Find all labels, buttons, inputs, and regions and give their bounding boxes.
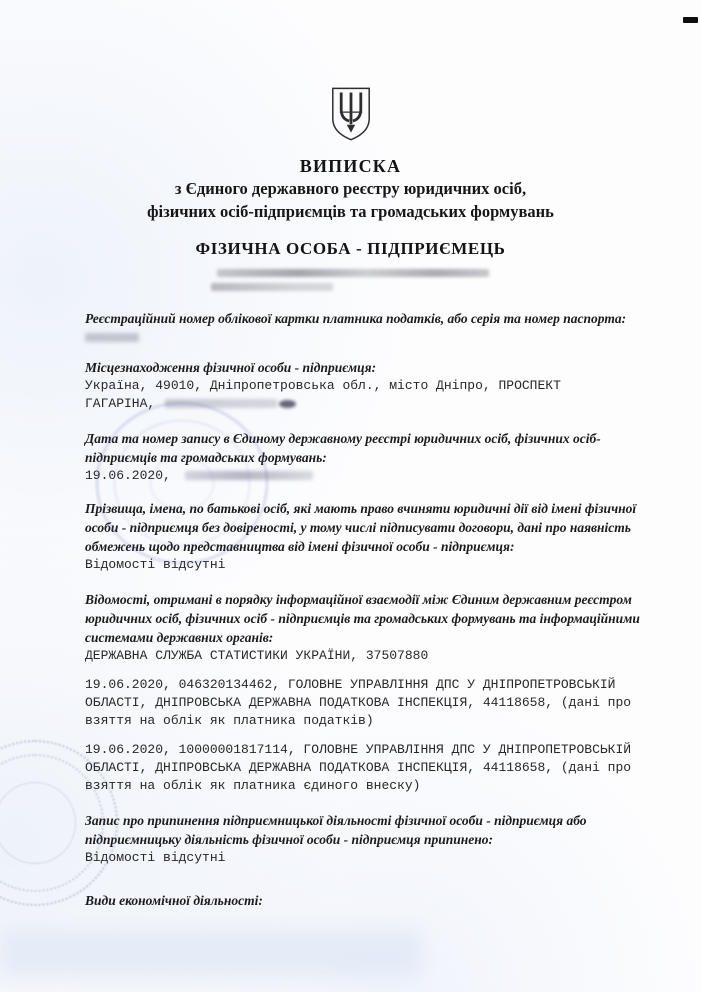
section-label: Прізвища, імена, по батькові осіб, які м… — [85, 499, 653, 556]
section-label: Відомості, отримані в порядку інформацій… — [85, 590, 653, 647]
address-line-2: ГАГАРІНА, — [85, 395, 653, 413]
record-date: 19.06.2020, — [85, 468, 171, 483]
info-exchange-section: Відомості, отримані в порядку інформацій… — [85, 590, 653, 795]
section-label: Реєстраційний номер облікової картки пла… — [85, 309, 653, 328]
scanner-artifact-mark — [683, 17, 698, 23]
record-value-line: 19.06.2020, — [85, 467, 653, 485]
termination-section: Запис про припинення підприємницької дія… — [85, 811, 653, 867]
address-line-1: Україна, 49010, Дніпропетровська обл., м… — [85, 377, 653, 395]
section-label: Дата та номер запису в Єдиному державном… — [85, 429, 653, 467]
subtitle-line-1: з Єдиного державного реєстру юридичних о… — [0, 177, 701, 200]
section-label: Види економічної діяльності: — [85, 891, 653, 910]
document-body: Реєстраційний номер облікової картки пла… — [0, 309, 701, 910]
record-entry-section: Дата та номер запису в Єдиному державном… — [85, 429, 653, 485]
scan-shadow-tint — [0, 930, 421, 976]
single-contribution-paragraph: 19.06.2020, 10000001817114, ГОЛОВНЕ УПРА… — [85, 741, 653, 795]
document-header: ВИПИСКА з Єдиного державного реєстру юри… — [0, 0, 701, 295]
scanned-document-page: ВИПИСКА з Єдиного державного реєстру юри… — [0, 0, 701, 992]
page-title: ВИПИСКА — [0, 155, 701, 177]
redacted-house-number — [165, 399, 277, 408]
redacted-entrepreneur-name — [211, 269, 491, 295]
redaction-blur-line — [211, 283, 333, 291]
economic-activities-section: Види економічної діяльності: — [85, 891, 653, 910]
statistics-service-value: ДЕРЖАВНА СЛУЖБА СТАТИСТИКИ УКРАЇНИ, 3750… — [85, 647, 653, 665]
section-value: Відомості відсутні — [85, 556, 653, 574]
doc-type-heading: ФІЗИЧНА ОСОБА - ПІДПРИЄМЕЦЬ — [0, 238, 701, 260]
address-street: ГАГАРІНА, — [85, 396, 155, 411]
address-section: Місцезнаходження фізичної особи - підпри… — [85, 358, 653, 413]
subtitle-line-2: фізичних осіб-підприємців та громадських… — [0, 200, 701, 223]
section-label: Місцезнаходження фізичної особи - підпри… — [85, 358, 653, 377]
reg-number-section: Реєстраційний номер облікової картки пла… — [85, 309, 653, 342]
tax-registration-paragraph: 19.06.2020, 046320134462, ГОЛОВНЕ УПРАВЛ… — [85, 676, 653, 730]
section-value: Відомості відсутні — [85, 849, 653, 867]
redacted-record-number — [185, 471, 313, 480]
ukraine-trident-icon — [328, 86, 374, 142]
section-label: Запис про припинення підприємницької дія… — [85, 811, 653, 849]
redaction-blur-line — [217, 269, 489, 277]
redacted-tax-number — [85, 333, 139, 342]
authorized-persons-section: Прізвища, імена, по батькові осіб, які м… — [85, 499, 653, 574]
redaction-ink-blob — [279, 400, 296, 408]
